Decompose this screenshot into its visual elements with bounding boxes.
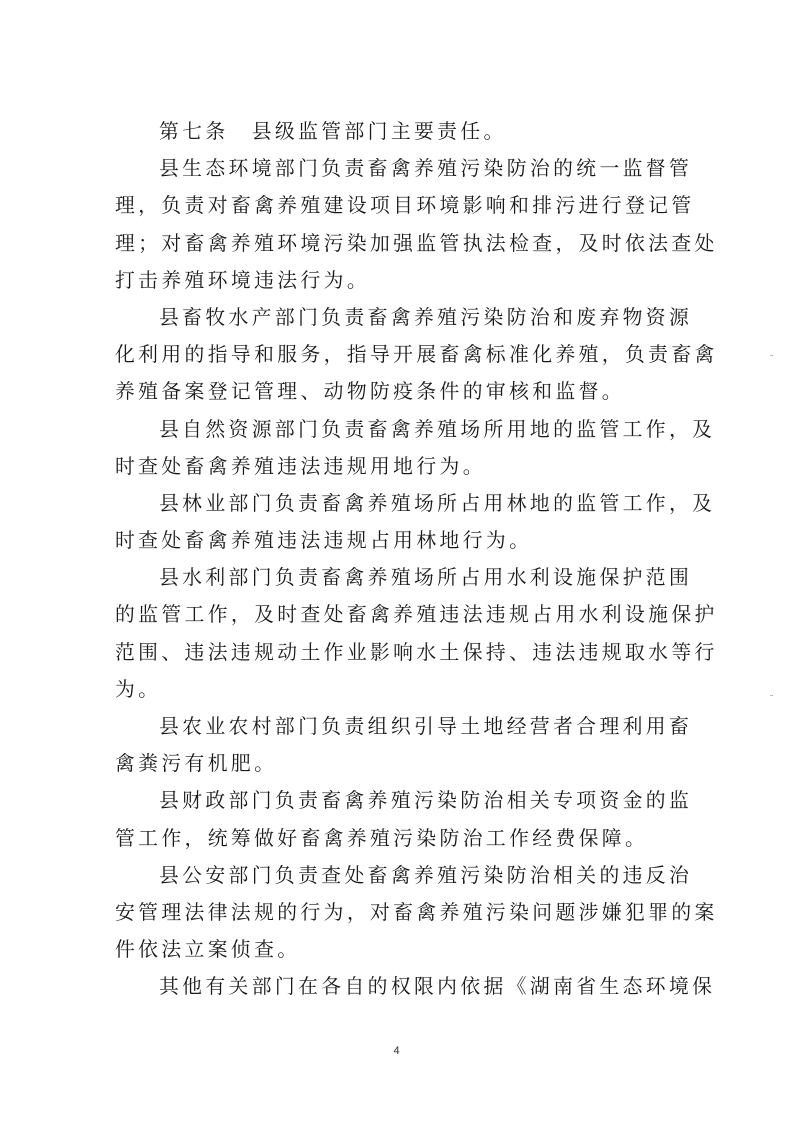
paragraph-line: 县农业农村部门负责组织引导土地经营者合理利用畜 <box>115 708 675 745</box>
paragraph-line: 打击养殖环境违法行为。 <box>115 262 675 299</box>
paragraph-line: 范围、违法违规动土作业影响水土保持、违法违规取水等行 <box>115 634 675 671</box>
paragraph-line: 禽粪污有机肥。 <box>115 745 675 782</box>
document-page: 第七条 县级监管部门主要责任。 县生态环境部门负责畜禽养殖污染防治的统一监督管 … <box>0 0 793 1122</box>
paragraph-line: 其他有关部门在各自的权限内依据《湖南省生态环境保 <box>115 968 675 1005</box>
paragraph-line: 化利用的指导和服务，指导开展畜禽标准化养殖，负责畜禽 <box>115 336 675 373</box>
paragraph-line: 的监管工作，及时查处畜禽养殖违法违规占用水利设施保护 <box>115 596 675 633</box>
paragraph-line: 管工作，统筹做好畜禽养殖污染防治工作经费保障。 <box>115 820 675 857</box>
paragraph-line: 养殖备案登记管理、动物防疫条件的审核和监督。 <box>115 373 675 410</box>
document-body: 第七条 县级监管部门主要责任。 县生态环境部门负责畜禽养殖污染防治的统一监督管 … <box>115 113 675 1006</box>
paragraph-line: 安管理法律法规的行为，对畜禽养殖污染问题涉嫌犯罪的案 <box>115 894 675 931</box>
paragraph-line: 县水利部门负责畜禽养殖场所占用水利设施保护范围 <box>115 559 675 596</box>
scan-mark <box>770 355 773 356</box>
paragraph-line: 时查处畜禽养殖违法违规占用林地行为。 <box>115 522 675 559</box>
paragraph-line: 县公安部门负责查处畜禽养殖污染防治相关的违反治 <box>115 857 675 894</box>
paragraph-line: 理；对畜禽养殖环境污染加强监管执法检查，及时依法查处 <box>115 225 675 262</box>
paragraph-line: 理，负责对畜禽养殖建设项目环境影响和排污进行登记管 <box>115 187 675 224</box>
paragraph-line: 县财政部门负责畜禽养殖污染防治相关专项资金的监 <box>115 782 675 819</box>
article-heading: 第七条 县级监管部门主要责任。 <box>115 113 675 150</box>
scan-mark <box>770 695 773 696</box>
paragraph-line: 县自然资源部门负责畜禽养殖场所用地的监管工作，及 <box>115 411 675 448</box>
paragraph-line: 县生态环境部门负责畜禽养殖污染防治的统一监督管 <box>115 150 675 187</box>
paragraph-line: 为。 <box>115 671 675 708</box>
paragraph-line: 时查处畜禽养殖违法违规用地行为。 <box>115 448 675 485</box>
paragraph-line: 件依法立案侦查。 <box>115 931 675 968</box>
page-number: 4 <box>0 1045 793 1057</box>
paragraph-line: 县林业部门负责畜禽养殖场所占用林地的监管工作，及 <box>115 485 675 522</box>
paragraph-line: 县畜牧水产部门负责畜禽养殖污染防治和废弃物资源 <box>115 299 675 336</box>
